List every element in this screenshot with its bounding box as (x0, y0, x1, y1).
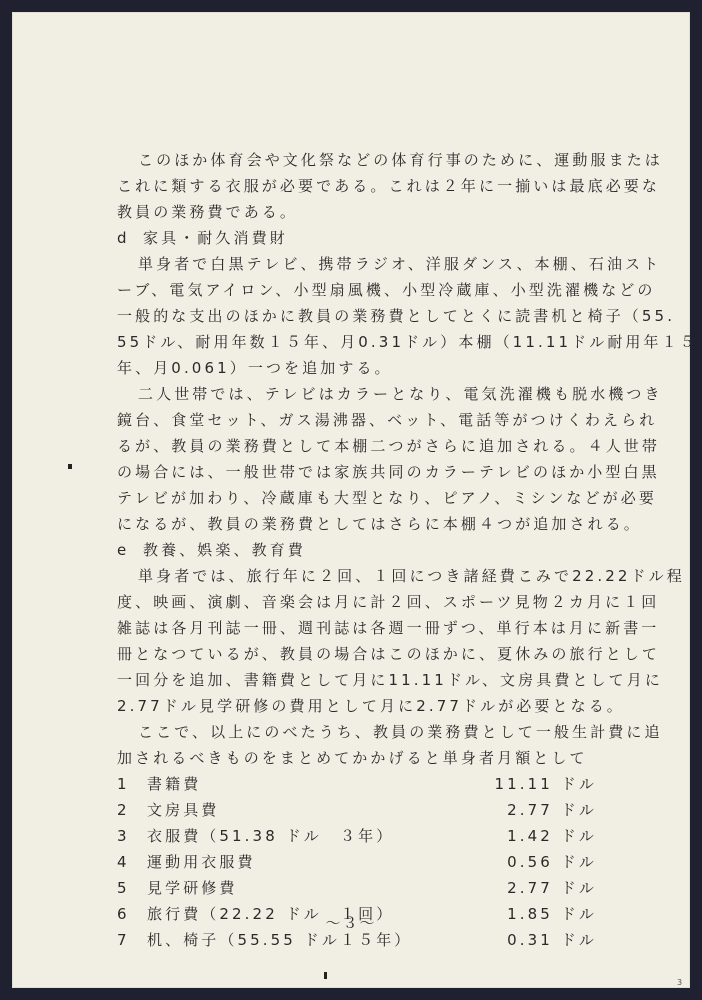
paragraph-summary-intro: ここで、以上にのべたうち、教員の業務費として一般生計費に追 加されるべきものをま… (117, 719, 517, 771)
item-amount: 2.77 ドル (437, 797, 597, 823)
section-heading-d: d家具・耐久消費財 (117, 225, 517, 251)
paragraph-culture-entertainment: 単身者では、旅行年に２回、１回につき諸経費こみで22.22ドル程 度、映画、演劇… (117, 563, 517, 719)
text-line: 一回分を追加、書籍費として月に11.11ドル、文房具費として月に (117, 667, 517, 693)
text-line: の場合には、一般世帯では家族共同のカラーテレビのほか小型白黒 (117, 459, 517, 485)
text-line: 冊となつているが、教員の場合はこのほかに、夏休みの旅行として (117, 641, 517, 667)
list-item: 4 運動用衣服費 0.56 ドル (117, 849, 517, 875)
list-item: 3 衣服費（51.38 ドル ３年） 1.42 ドル (117, 823, 517, 849)
item-number: 1 (117, 771, 137, 797)
text-line: 単身者では、旅行年に２回、１回につき諸経費こみで22.22ドル程 (117, 563, 517, 589)
text-line: 一般的な支出のほかに教員の業務費としてとくに読書机と椅子（55. (117, 303, 517, 329)
text-line: 加されるべきものをまとめてかかげると単身者月額として (117, 745, 517, 771)
item-amount: 11.11 ドル (437, 771, 597, 797)
item-label: 衣服費（51.38 ドル ３年） (147, 823, 394, 849)
paragraph-sports-clothing: このほか体育会や文化祭などの体育行事のために、運動服または これに類する衣服が必… (117, 147, 517, 225)
item-label: 書籍費 (147, 771, 201, 797)
text-line: 度、映画、演劇、音楽会は月に計２回、スポーツ見物２カ月に１回 (117, 589, 517, 615)
section-heading-e: e教養、娯楽、教育費 (117, 537, 517, 563)
item-number: 3 (117, 823, 137, 849)
list-item: 2 文房具費 2.77 ドル (117, 797, 517, 823)
text-line: 鏡台、食堂セット、ガス湯沸器、ベット、電話等がつけくわえられ (117, 407, 517, 433)
item-number: 4 (117, 849, 137, 875)
text-line: ーブ、電気アイロン、小型扇風機、小型冷蔵庫、小型洗濯機などの (117, 277, 517, 303)
text-line: 2.77ドル見学研修の費用として月に2.77ドルが必要となる。 (117, 693, 517, 719)
text-line: 雑誌は各月刊誌一冊、週刊誌は各週一冊ずつ、単行本は月に新書一 (117, 615, 517, 641)
paragraph-household-furniture: 二人世帯では、テレビはカラーとなり、電気洗濯機も脱水機つき 鏡台、食堂セット、ガ… (117, 381, 517, 537)
item-label: 見学研修費 (147, 875, 238, 901)
list-item: 1 書籍費 11.11 ドル (117, 771, 517, 797)
scan-speck (68, 464, 72, 469)
paragraph-single-furniture: 単身者で白黒テレビ、携帯ラジオ、洋服ダンス、本棚、石油スト ーブ、電気アイロン、… (117, 251, 517, 381)
scan-speck (324, 972, 327, 979)
item-number: 5 (117, 875, 137, 901)
section-mark: e (117, 537, 143, 563)
section-title: 家具・耐久消費財 (143, 229, 288, 247)
text-line: になるが、教員の業務費としてはさらに本棚４つが追加される。 (117, 511, 517, 537)
document-body: このほか体育会や文化祭などの体育行事のために、運動服または これに類する衣服が必… (117, 147, 517, 953)
list-item: 5 見学研修費 2.77 ドル (117, 875, 517, 901)
text-line: テレビが加わり、冷蔵庫も大型となり、ピアノ、ミシンなどが必要 (117, 485, 517, 511)
item-number: 2 (117, 797, 137, 823)
item-amount: 2.77 ドル (437, 875, 597, 901)
page-number: ～３～ (0, 912, 702, 933)
item-label: 運動用衣服費 (147, 849, 256, 875)
text-line: 55ドル、耐用年数１５年、月0.31ドル）本棚（11.11ドル耐用年１５ (117, 329, 517, 355)
text-line: これに類する衣服が必要である。これは２年に一揃いは最底必要な (117, 173, 517, 199)
text-line: 教員の業務費である。 (117, 199, 517, 225)
text-line: このほか体育会や文化祭などの体育行事のために、運動服または (117, 147, 517, 173)
item-amount: 1.42 ドル (437, 823, 597, 849)
section-mark: d (117, 225, 143, 251)
section-title: 教養、娯楽、教育費 (143, 541, 306, 559)
text-line: ここで、以上にのべたうち、教員の業務費として一般生計費に追 (117, 719, 517, 745)
item-label: 文房具費 (147, 797, 219, 823)
text-line: 年、月0.061）一つを追加する。 (117, 355, 517, 381)
text-line: 二人世帯では、テレビはカラーとなり、電気洗濯機も脱水機つき (117, 381, 517, 407)
item-amount: 0.56 ドル (437, 849, 597, 875)
text-line: るが、教員の業務費として本棚二つがさらに追加される。４人世帯 (117, 433, 517, 459)
corner-page-mark: 3 (677, 978, 682, 987)
text-line: 単身者で白黒テレビ、携帯ラジオ、洋服ダンス、本棚、石油スト (117, 251, 517, 277)
